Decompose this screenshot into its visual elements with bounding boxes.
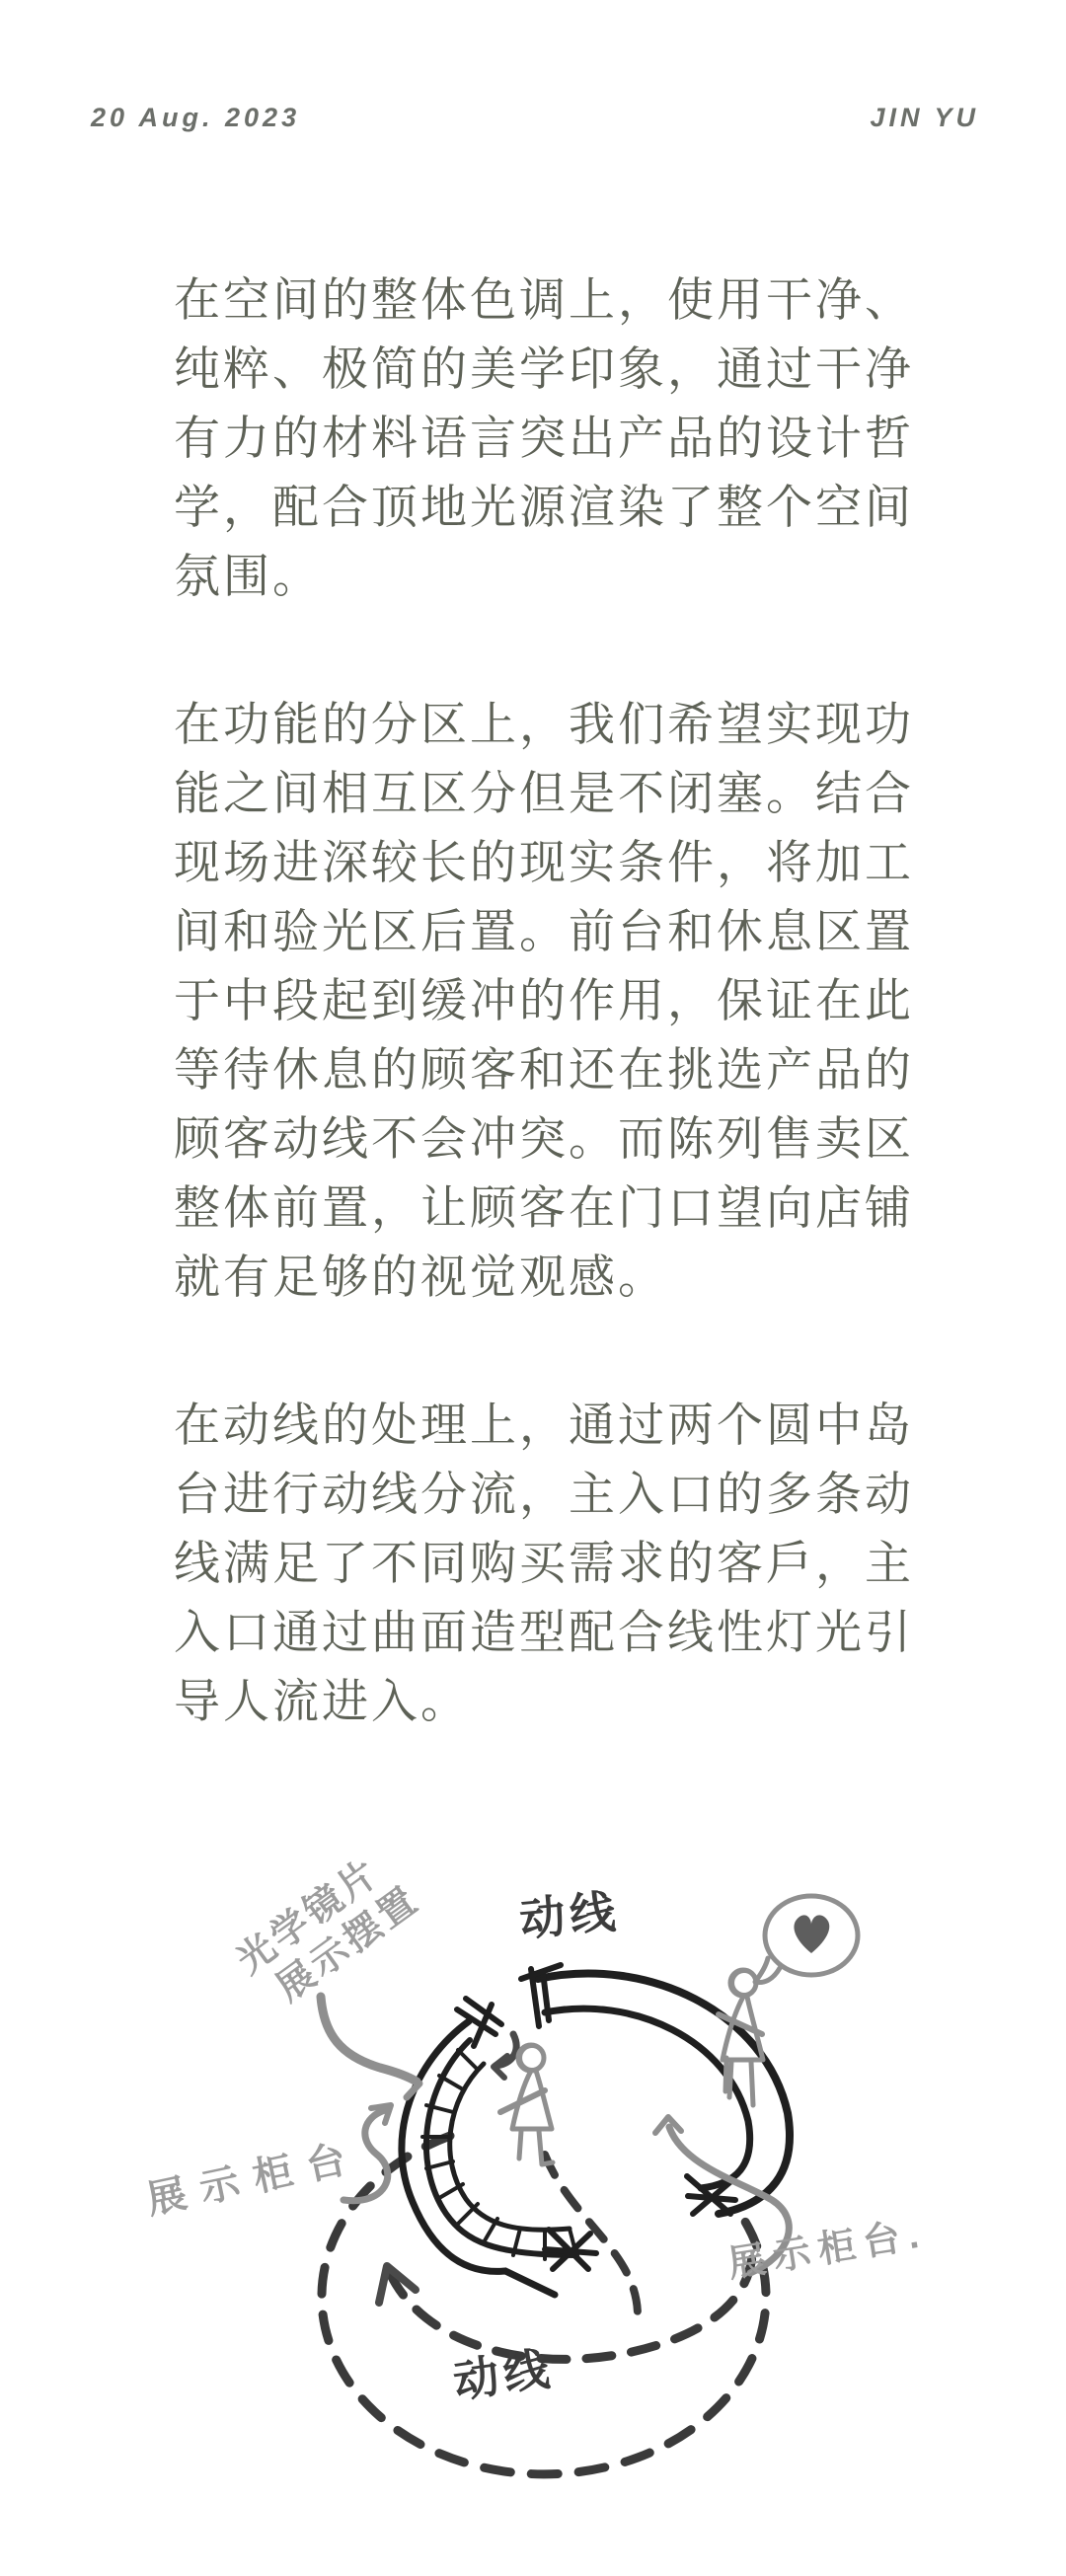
annotation-arrow-lens-note — [321, 1997, 417, 2082]
counter-right-inner-arc — [545, 2008, 750, 2188]
flow-label-top: 动线 — [517, 1885, 622, 1945]
counter-left-label: 展示柜台 — [143, 2135, 364, 2223]
page-header: 20 Aug. 2023 JIN YU — [0, 103, 1066, 133]
customer-figure-right — [719, 1970, 763, 2105]
counter-left-band-inner — [450, 2064, 570, 2230]
lens-display-note: 光学镜片 展示摆置 — [230, 1842, 428, 2018]
flow-loop-bottom — [390, 2255, 752, 2359]
date-label: 20 Aug. 2023 — [91, 103, 300, 133]
floorplan-sketch: 动线 动线 光学镜片 展示摆置 展示柜台 展示柜台. — [99, 1809, 967, 2480]
speech-bubble — [755, 1896, 858, 1982]
floorplan-sketch-canvas: 动线 动线 光学镜片 展示摆置 展示柜台 展示柜台. — [99, 1809, 967, 2480]
paragraph-circulation: 在动线的处理上，通过两个圆中岛台进行动线分流，主入口的多条动线满足了不同购买需求… — [174, 1391, 920, 1736]
paragraph-zoning: 在功能的分区上，我们希望实现功能之间相互区分但是不闭塞。结合现场进深较长的现实条… — [174, 690, 920, 1312]
flow-label-bottom: 动线 — [450, 2342, 557, 2407]
article-body: 在空间的整体色调上，使用干净、纯粹、极简的美学印象，通过干净有力的材料语言突出产… — [174, 265, 924, 1736]
author-label: JIN YU — [870, 103, 979, 133]
paragraph-color-tone: 在空间的整体色调上，使用干净、纯粹、极简的美学印象，通过干净有力的材料语言突出产… — [174, 265, 920, 611]
counter-right-label: 展示柜台. — [725, 2214, 930, 2286]
